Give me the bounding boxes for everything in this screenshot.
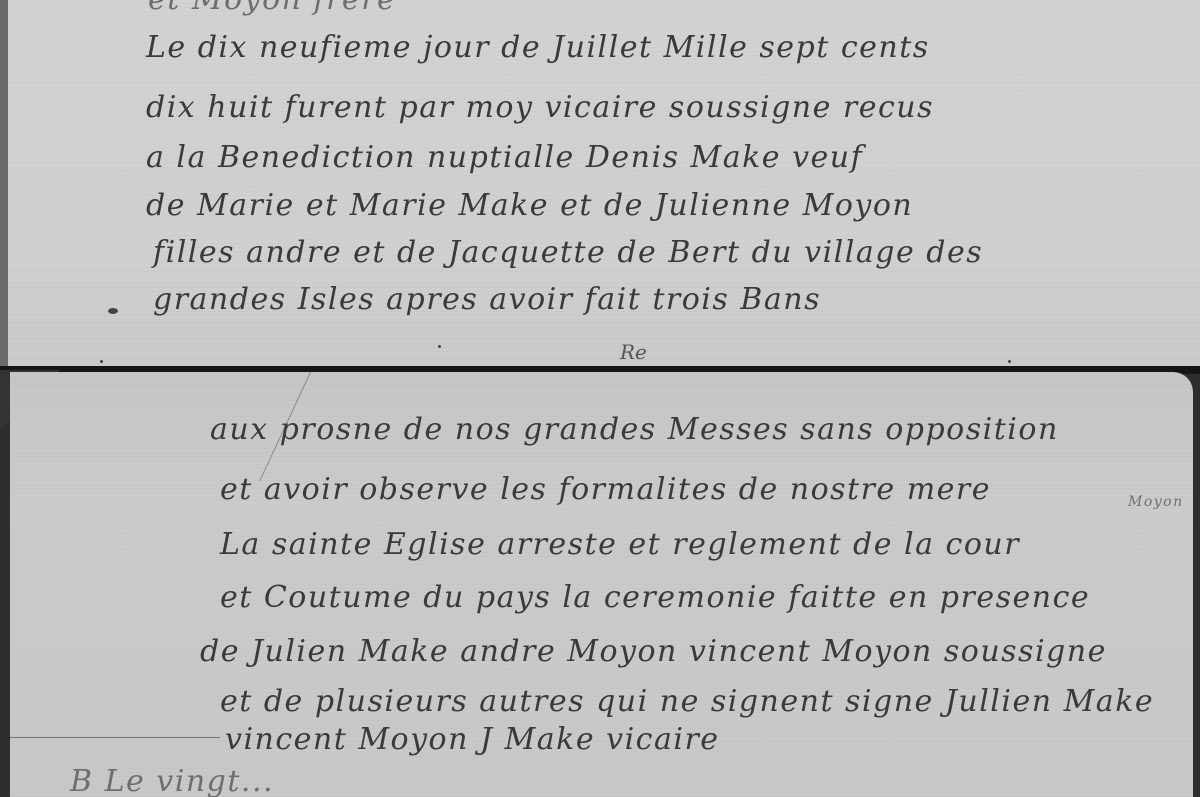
- upper-page: et Moyon frere Le dix neufieme jour de J…: [0, 0, 1200, 368]
- ink-speck: [438, 345, 441, 348]
- lower-line-3: La sainte Eglise arreste et reglement de…: [220, 527, 1020, 562]
- margin-note-right: Moyon: [1128, 494, 1184, 510]
- bottom-fragment: B Le vingt...: [70, 764, 274, 797]
- ink-speck: [1008, 360, 1011, 363]
- lower-page: aux prosne de nos grandes Messes sans op…: [10, 372, 1193, 797]
- upper-line-4: de Marie et Marie Make et de Julienne Mo…: [146, 188, 913, 223]
- upper-line-1: Le dix neufieme jour de Juillet Mille se…: [146, 30, 930, 65]
- upper-line-6: grandes Isles apres avoir fait trois Ban…: [153, 282, 821, 317]
- margin-rule: [10, 737, 220, 738]
- lower-line-6: et de plusieurs autres qui ne signent si…: [220, 684, 1154, 719]
- upper-line-5: filles andre et de Jacquette de Bert du …: [153, 235, 983, 270]
- ink-blot: [108, 308, 118, 314]
- lower-line-4: et Coutume du pays la ceremonie faitte e…: [220, 580, 1090, 615]
- lower-line-7: vincent Moyon J Make vicaire: [225, 722, 720, 757]
- ink-speck: [100, 360, 103, 363]
- lower-line-5: de Julien Make andre Moyon vincent Moyon…: [200, 634, 1107, 669]
- margin-mark-re: Re: [620, 340, 647, 364]
- lower-line-2: et avoir observe les formalites de nostr…: [220, 472, 991, 507]
- upper-line-2: dix huit furent par moy vicaire soussign…: [146, 90, 934, 125]
- upper-line-3: a la Benediction nuptialle Denis Make ve…: [146, 140, 863, 175]
- header-fragment: et Moyon frere: [148, 0, 396, 17]
- lower-line-1: aux prosne de nos grandes Messes sans op…: [210, 412, 1059, 447]
